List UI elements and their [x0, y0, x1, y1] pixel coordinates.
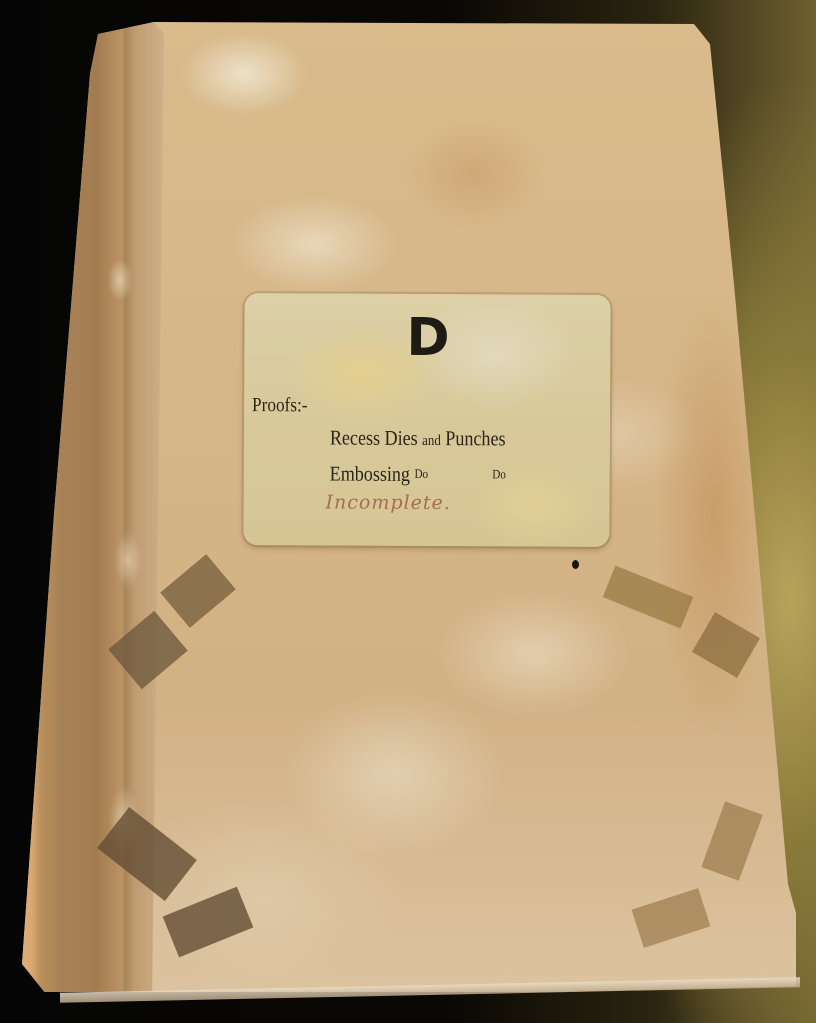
ink-spot: [572, 560, 579, 569]
line1-part1: Recess Dies: [330, 425, 418, 449]
photo-scene: D Proofs:- Recess Dies and Punches Embos…: [0, 0, 816, 1023]
handwritten-note: Incomplete.: [326, 491, 451, 514]
line2-word: Embossing: [330, 461, 410, 485]
label-line-1: Recess Dies and Punches: [330, 425, 506, 451]
line2-ditto-1: Do: [414, 466, 428, 481]
line1-connector: and: [422, 433, 441, 449]
label-heading: Proofs:-: [252, 394, 308, 417]
cover-label: D Proofs:- Recess Dies and Punches Embos…: [243, 293, 610, 547]
label-letter: D: [406, 308, 449, 368]
line2-ditto-2: Do: [492, 466, 506, 481]
line1-part2: Punches: [445, 426, 505, 450]
label-line-2: Embossing Do Do: [330, 461, 506, 487]
